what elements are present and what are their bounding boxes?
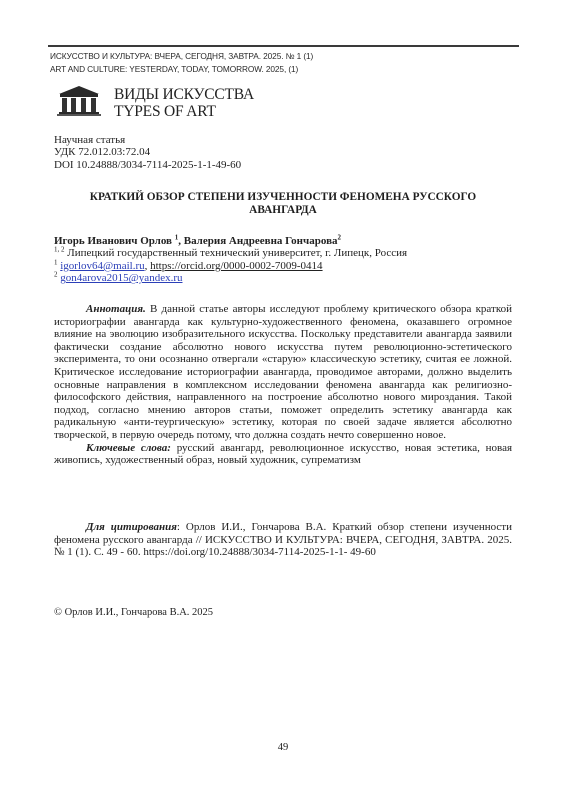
author-1-email-link[interactable]: igorlov64@mail.ru bbox=[60, 260, 144, 272]
affiliation-marks: 1, 2 bbox=[54, 246, 65, 254]
citation-paragraph: Для цитирования: Орлов И.И., Гончарова В… bbox=[54, 521, 512, 559]
contact-2-mark: 2 bbox=[54, 271, 58, 279]
article-type: Научная статья bbox=[54, 134, 241, 146]
abstract-paragraph: Аннотация. В данной статье авторы исслед… bbox=[54, 303, 512, 442]
journal-page: ИСКУССТВО И КУЛЬТУРА: ВЧЕРА, СЕГОДНЯ, ЗА… bbox=[0, 0, 566, 800]
contact-1: 1 igorlov64@mail.ru, https://orcid.org/0… bbox=[54, 260, 407, 272]
article-title: КРАТКИЙ ОБЗОР СТЕПЕНИ ИЗУЧЕННОСТИ ФЕНОМЕ… bbox=[60, 191, 506, 217]
contact-2: 2 gon4arova2015@yandex.ru bbox=[54, 272, 407, 284]
author-2-email-link[interactable]: gon4arova2015@yandex.ru bbox=[60, 272, 182, 284]
keywords-paragraph: Ключевые слова: русский авангард, револю… bbox=[54, 442, 512, 467]
section-heading: ВИДЫ ИСКУССТВА TYPES OF ART bbox=[114, 86, 254, 120]
author-2: Валерия Андреевна Гончарова bbox=[184, 235, 338, 247]
abstract-label: Аннотация. bbox=[86, 303, 146, 315]
citation-block: Для цитирования: Орлов И.И., Гончарова В… bbox=[54, 521, 512, 559]
author-1-orcid-link[interactable]: https://orcid.org/0000-0002-7009-0414 bbox=[150, 260, 322, 272]
author-names: Игорь Иванович Орлов 1, Валерия Андреевн… bbox=[54, 235, 407, 247]
doi: DOI 10.24888/3034-7114-2025-1-1-49-60 bbox=[54, 159, 241, 171]
journal-title-en: ART AND CULTURE: YESTERDAY, TODAY, TOMOR… bbox=[50, 63, 313, 76]
running-header: ИСКУССТВО И КУЛЬТУРА: ВЧЕРА, СЕГОДНЯ, ЗА… bbox=[50, 50, 313, 75]
journal-title-ru: ИСКУССТВО И КУЛЬТУРА: ВЧЕРА, СЕГОДНЯ, ЗА… bbox=[50, 50, 313, 63]
keywords-label: Ключевые слова: bbox=[86, 442, 171, 454]
section-title-ru: ВИДЫ ИСКУССТВА bbox=[114, 86, 254, 103]
page-number: 49 bbox=[0, 742, 566, 753]
article-meta: Научная статья УДК 72.012.03:72.04 DOI 1… bbox=[54, 134, 241, 171]
authors-block: Игорь Иванович Орлов 1, Валерия Андреевн… bbox=[54, 235, 407, 285]
header-rule bbox=[48, 45, 519, 47]
affiliation-text: Липецкий государственный технический уни… bbox=[67, 247, 407, 259]
author-2-affil-mark: 2 bbox=[338, 233, 342, 241]
abstract-block: Аннотация. В данной статье авторы исслед… bbox=[54, 303, 512, 467]
classical-building-icon bbox=[57, 85, 101, 117]
affiliation: 1, 2 Липецкий государственный технически… bbox=[54, 247, 407, 259]
contact-1-mark: 1 bbox=[54, 258, 58, 266]
section-title-en: TYPES OF ART bbox=[114, 103, 254, 120]
citation-label: Для цитирования bbox=[86, 521, 177, 533]
udk-code: УДК 72.012.03:72.04 bbox=[54, 146, 241, 158]
abstract-text: В данной статье авторы исследуют проблем… bbox=[54, 303, 512, 441]
author-1: Игорь Иванович Орлов bbox=[54, 235, 172, 247]
copyright-notice: © Орлов И.И., Гончарова В.А. 2025 bbox=[54, 607, 213, 619]
